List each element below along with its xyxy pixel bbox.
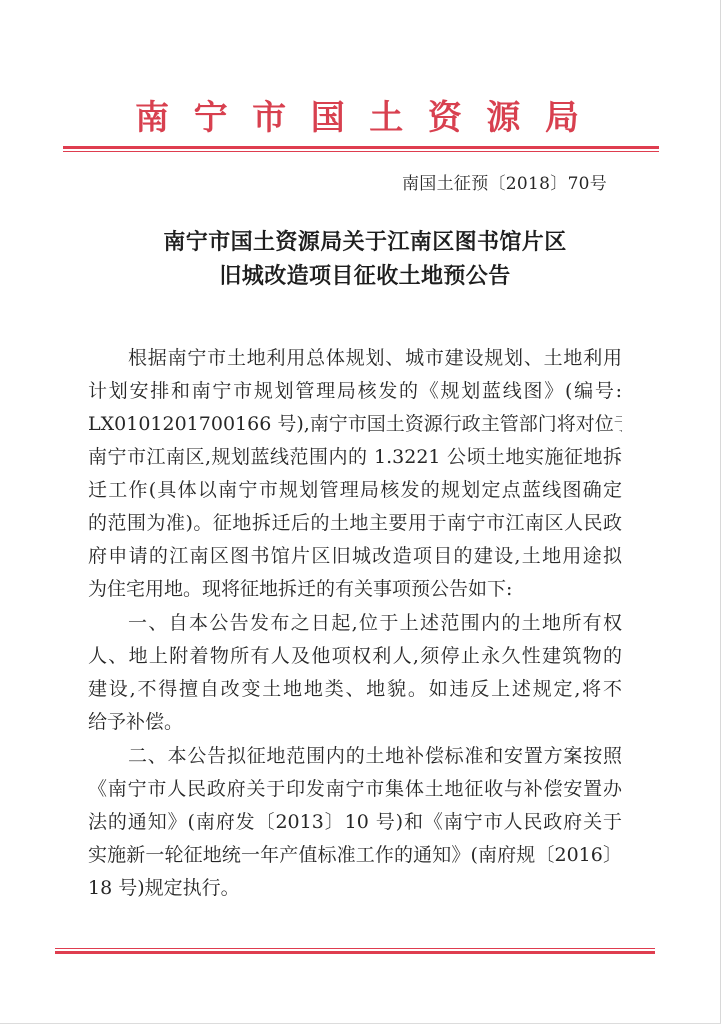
page-edge-right bbox=[720, 0, 721, 1024]
bottom-rule-thin bbox=[55, 948, 655, 949]
body-line: 法的通知》(南府发〔2013〕10 号)和《南宁市人民政府关于 bbox=[88, 806, 622, 839]
masthead-char: 国 bbox=[311, 98, 345, 138]
top-rule-thin bbox=[63, 151, 659, 152]
body-line: 一、自本公告发布之日起,位于上述范围内的土地所有权 bbox=[128, 607, 622, 640]
top-rule-thick bbox=[63, 146, 659, 149]
document-title-line-1: 南宁市国土资源局关于江南区图书馆片区 bbox=[60, 225, 670, 259]
body-line: 《南宁市人民政府关于印发南宁市集体土地征收与补偿安置办 bbox=[88, 773, 622, 806]
body-line: 实施新一轮征地统一年产值标准工作的通知》(南府规〔2016〕 bbox=[88, 839, 622, 872]
masthead: 南 宁 市 国 土 资 源 局 bbox=[135, 97, 579, 139]
body-line: 迁工作(具体以南宁市规划管理局核发的规划定点蓝线图确定 bbox=[88, 474, 622, 507]
masthead-char: 土 bbox=[369, 98, 403, 138]
masthead-char: 局 bbox=[545, 98, 579, 138]
body-line: 的范围为准)。征地拆迁后的土地主要用于南宁市江南区人民政 bbox=[88, 507, 622, 540]
masthead-char: 市 bbox=[252, 98, 286, 138]
masthead-char: 资 bbox=[428, 98, 462, 138]
body-line: 人、地上附着物所有人及他项权利人,须停止永久性建筑物的 bbox=[88, 640, 622, 673]
body-line: 计划安排和南宁市规划管理局核发的《规划蓝线图》(编号: bbox=[88, 375, 622, 408]
document-number: 南国土征预〔2018〕70号 bbox=[402, 172, 622, 196]
masthead-char: 源 bbox=[486, 98, 520, 138]
body-line: 二、本公告拟征地范围内的土地补偿标准和安置方案按照 bbox=[128, 740, 622, 773]
body-line: 根据南宁市土地利用总体规划、城市建设规划、土地利用 bbox=[128, 342, 622, 375]
body-line: 南宁市江南区,规划蓝线范围内的 1.3221 公顷土地实施征地拆 bbox=[88, 441, 622, 474]
body-line: 建设,不得擅自改变土地地类、地貌。如违反上述规定,将不 bbox=[88, 673, 622, 706]
body-line: 给予补偿。 bbox=[88, 706, 622, 739]
body-line: 府申请的江南区图书馆片区旧城改造项目的建设,土地用途拟 bbox=[88, 540, 622, 573]
document-title-line-2: 旧城改造项目征收土地预公告 bbox=[60, 259, 670, 293]
body-line: 18 号)规定执行。 bbox=[88, 872, 622, 905]
masthead-char: 宁 bbox=[194, 98, 228, 138]
bottom-rule-thick bbox=[55, 951, 655, 954]
masthead-char: 南 bbox=[135, 98, 169, 138]
body-line: LX0101201700166 号),南宁市国土资源行政主管部门将对位于 bbox=[88, 408, 622, 441]
body-line: 为住宅用地。现将征地拆迁的有关事项预公告如下: bbox=[88, 573, 622, 606]
page-edge-bottom bbox=[0, 1023, 721, 1024]
